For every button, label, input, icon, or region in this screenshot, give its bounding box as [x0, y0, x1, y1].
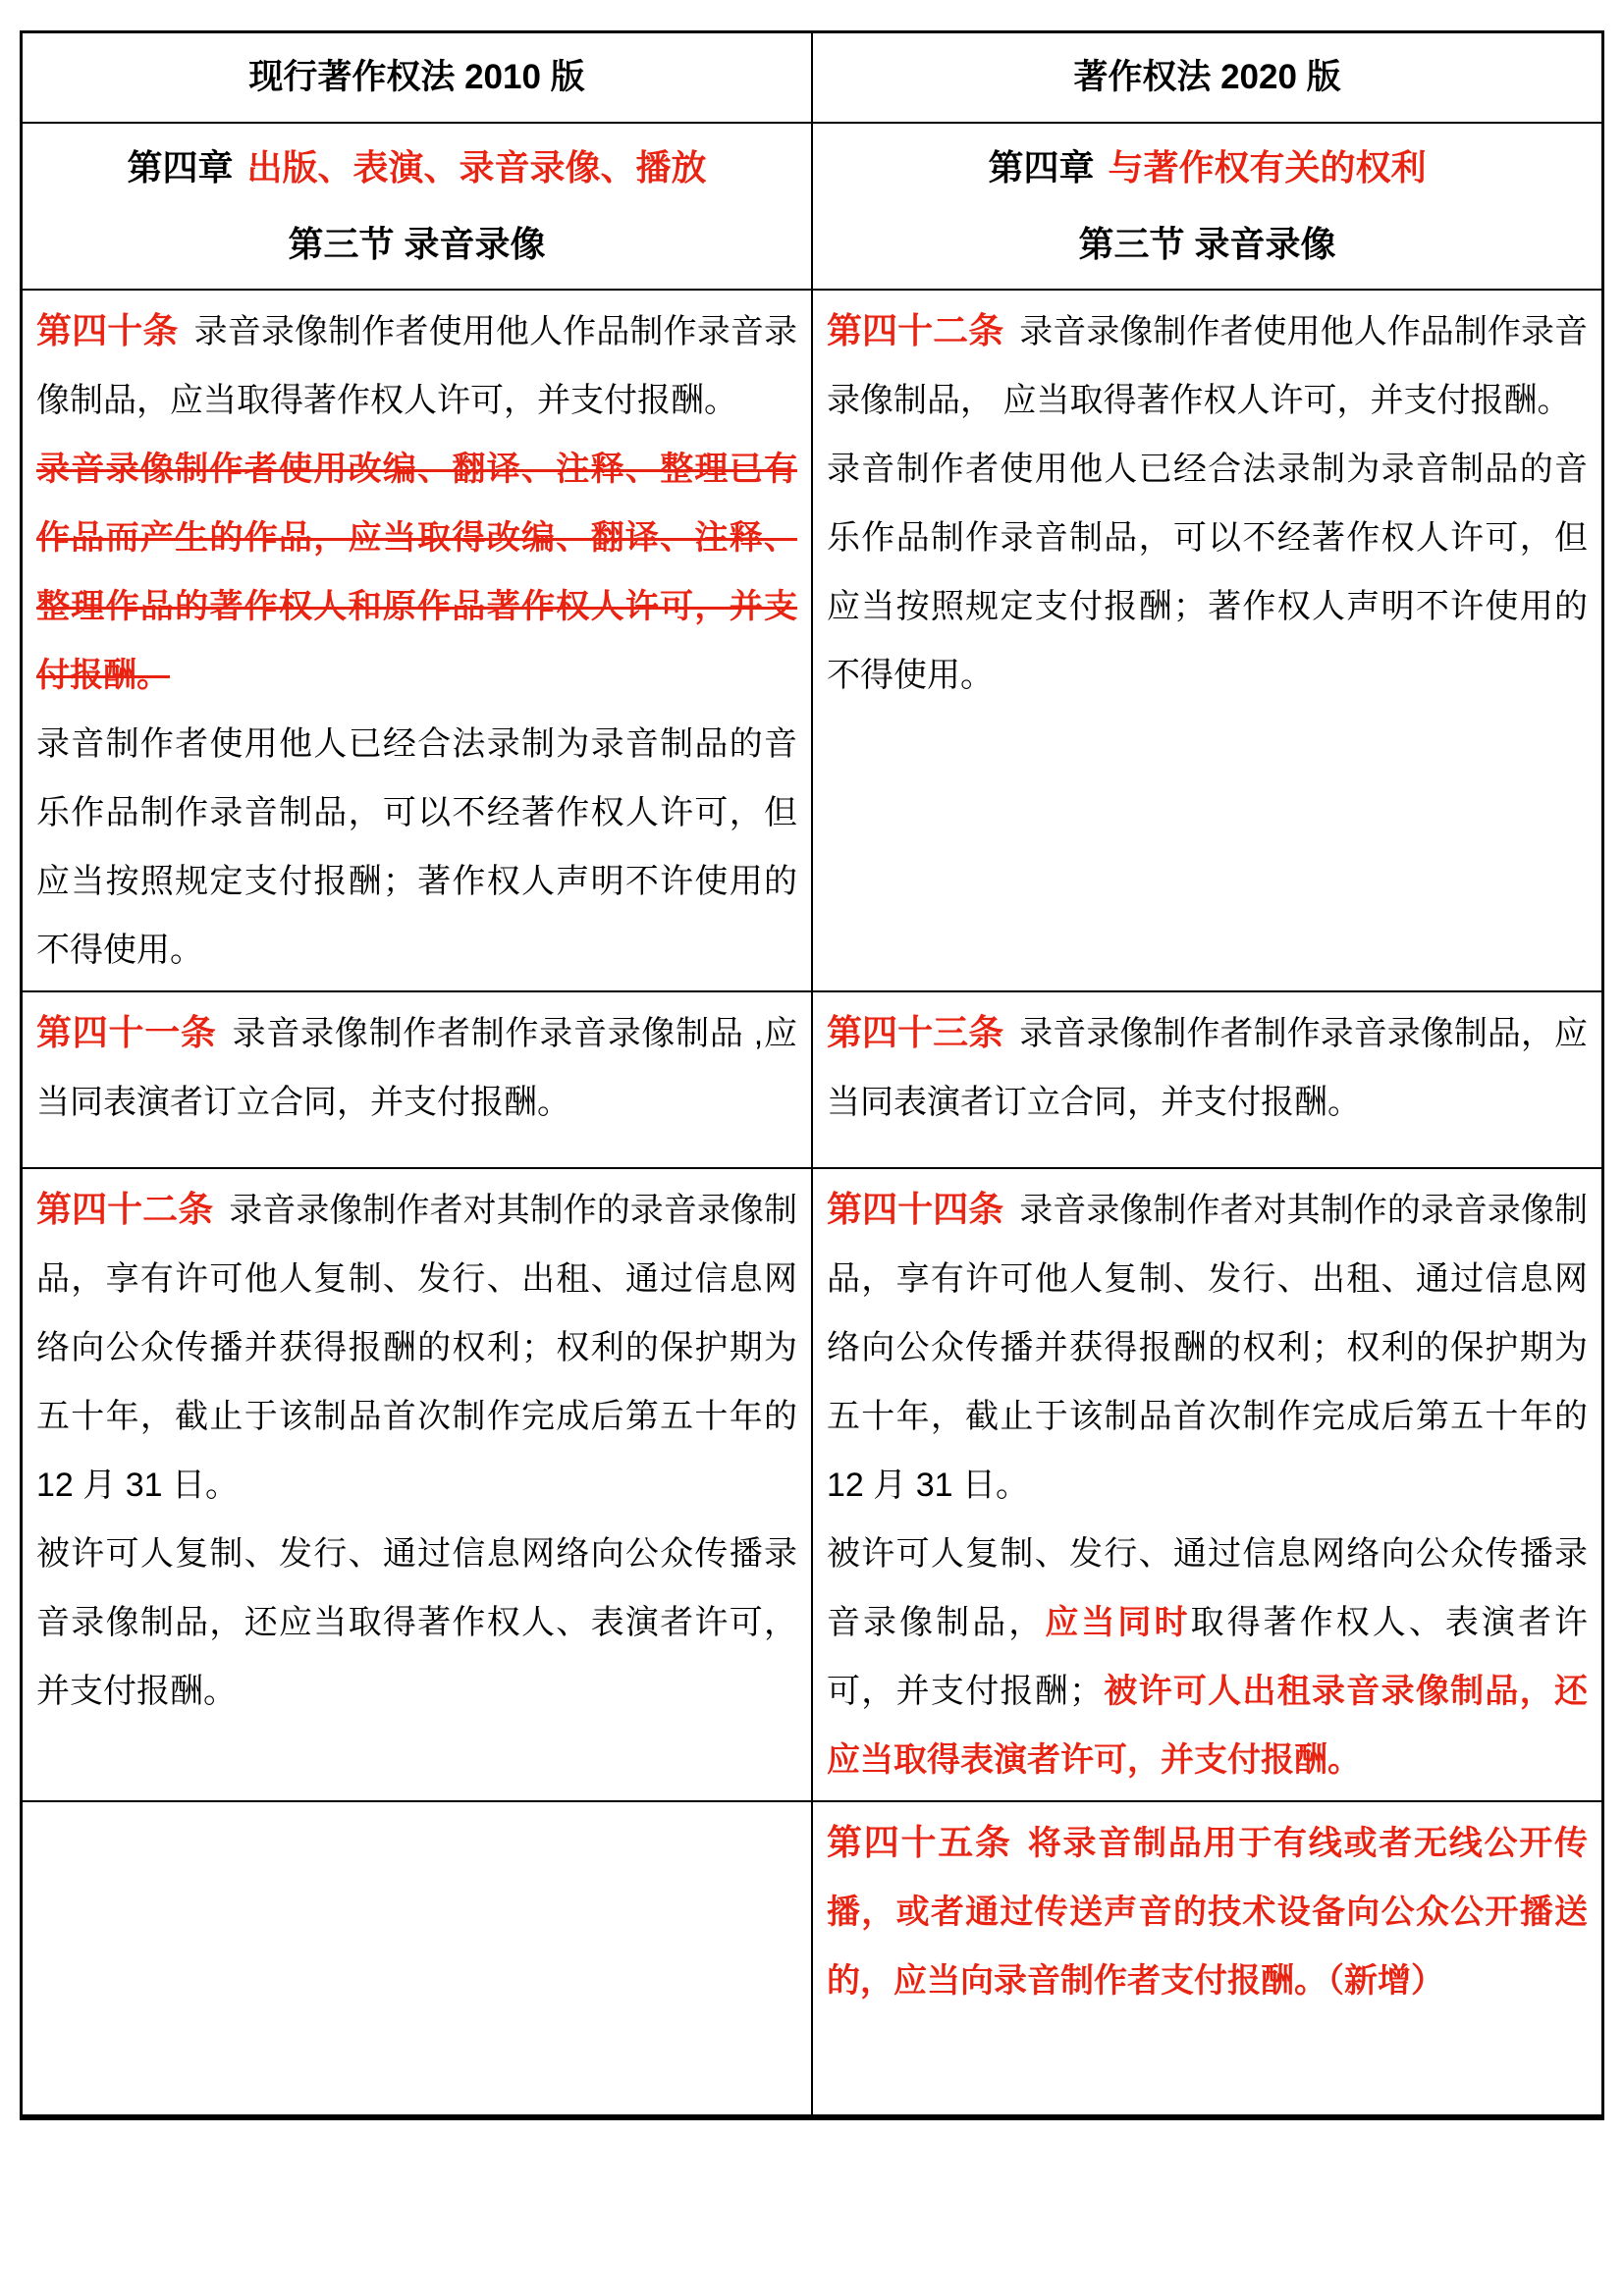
- paragraph: 录音制作者使用他人已经合法录制为录音制品的音乐作品制作录音制品，可以不经著作权人…: [827, 435, 1588, 710]
- article-text: 录音录像制作者对其制作的录音录像制品，享有许可他人复制、发行、出租、通过信息网络…: [827, 1192, 1588, 1504]
- section-heading: 第三节 录音录像: [827, 206, 1588, 283]
- chapter-heading: 第四章出版、表演、录音录像、播放: [36, 130, 797, 206]
- paragraph: 被许可人复制、发行、通过信息网络向公众传播录音录像制品，应当同时取得著作权人、表…: [827, 1520, 1588, 1794]
- law-comparison-table: 现行著作权法 2010 版 著作权法 2020 版 第四章出版、表演、录音录像、…: [20, 30, 1604, 2120]
- paragraph: 第四十五条将录音制品用于有线或者无线公开传播，或者通过传送声音的技术设备向公众公…: [827, 1808, 1588, 2015]
- document-page: 现行著作权法 2010 版 著作权法 2020 版 第四章出版、表演、录音录像、…: [0, 0, 1624, 2296]
- article-number: 第四十四条: [827, 1189, 1003, 1229]
- header-cell-2020: 著作权法 2020 版: [812, 32, 1603, 123]
- paragraph: 第四十四条录音录像制作者对其制作的录音录像制品，享有许可他人复制、发行、出租、通…: [827, 1175, 1588, 1520]
- article-row-producer-rights: 第四十二条录音录像制作者对其制作的录音录像制品，享有许可他人复制、发行、出租、通…: [22, 1168, 1603, 1801]
- paragraph: 第四十二条录音录像制作者使用他人作品制作录音录像制品， 应当取得著作权人许可，并…: [827, 296, 1588, 435]
- chapter-label: 第四章: [127, 147, 233, 187]
- paragraph: 录音制作者使用他人已经合法录制为录音制品的音乐作品制作录音制品，可以不经著作权人…: [36, 710, 797, 985]
- article-number: 第四十一条: [36, 1012, 217, 1052]
- paragraph: 第四十一条录音录像制作者制作录音录像制品 ,应当同表演者订立合同，并支付报酬。: [36, 998, 797, 1137]
- chapter-row: 第四章出版、表演、录音录像、播放 第三节 录音录像 第四章与著作权有关的权利 第…: [22, 123, 1603, 290]
- paragraph: 录音录像制作者使用改编、翻译、注释、整理已有作品而产生的作品，应当取得改编、翻译…: [36, 435, 797, 710]
- header-cell-2010: 现行著作权法 2010 版: [22, 32, 813, 123]
- paragraph: 第四十三条录音录像制作者制作录音录像制品，应当同表演者订立合同，并支付报酬。: [827, 998, 1588, 1137]
- article-42-old-cell: 第四十二条录音录像制作者对其制作的录音录像制品，享有许可他人复制、发行、出租、通…: [22, 1168, 813, 1801]
- article-row-public-broadcast: 第四十五条将录音制品用于有线或者无线公开传播，或者通过传送声音的技术设备向公众公…: [22, 1801, 1603, 2117]
- article-text: 录音录像制作者对其制作的录音录像制品，享有许可他人复制、发行、出租、通过信息网络…: [36, 1192, 797, 1504]
- article-number: 第四十二条: [827, 310, 1003, 350]
- paragraph: 第四十二条录音录像制作者对其制作的录音录像制品，享有许可他人复制、发行、出租、通…: [36, 1175, 797, 1520]
- paragraph: 第四十条录音录像制作者使用他人作品制作录音录像制品，应当取得著作权人许可，并支付…: [36, 296, 797, 435]
- empty-cell: [22, 1801, 813, 2117]
- article-row-recording-use: 第四十条录音录像制作者使用他人作品制作录音录像制品，应当取得著作权人许可，并支付…: [22, 290, 1603, 991]
- chapter-cell-2020: 第四章与著作权有关的权利 第三节 录音录像: [812, 123, 1603, 290]
- article-45-cell: 第四十五条将录音制品用于有线或者无线公开传播，或者通过传送声音的技术设备向公众公…: [812, 1801, 1603, 2117]
- chapter-title: 与著作权有关的权利: [1109, 147, 1427, 187]
- column-title-2020: 著作权法 2020 版: [1073, 58, 1340, 96]
- title-row: 现行著作权法 2010 版 著作权法 2020 版: [22, 32, 1603, 123]
- chapter-heading: 第四章与著作权有关的权利: [827, 130, 1588, 206]
- article-number: 第四十五条: [827, 1822, 1012, 1862]
- chapter-title: 出版、表演、录音录像、播放: [247, 147, 707, 187]
- added-text: 应当同时: [1045, 1604, 1190, 1641]
- column-title-2010: 现行著作权法 2010 版: [248, 58, 584, 96]
- article-number: 第四十条: [36, 310, 179, 350]
- article-row-performer-contract: 第四十一条录音录像制作者制作录音录像制品 ,应当同表演者订立合同，并支付报酬。 …: [22, 991, 1603, 1168]
- article-number: 第四十二条: [36, 1189, 213, 1229]
- article-number: 第四十三条: [827, 1012, 1003, 1052]
- article-40-cell: 第四十条录音录像制作者使用他人作品制作录音录像制品，应当取得著作权人许可，并支付…: [22, 290, 813, 991]
- deleted-text: 录音录像制作者使用改编、翻译、注释、整理已有作品而产生的作品，应当取得改编、翻译…: [36, 451, 797, 694]
- article-41-cell: 第四十一条录音录像制作者制作录音录像制品 ,应当同表演者订立合同，并支付报酬。: [22, 991, 813, 1168]
- paragraph: 被许可人复制、发行、通过信息网络向公众传播录音录像制品，还应当取得著作权人、表演…: [36, 1520, 797, 1726]
- section-heading: 第三节 录音录像: [36, 206, 797, 283]
- article-42-cell: 第四十二条录音录像制作者使用他人作品制作录音录像制品， 应当取得著作权人许可，并…: [812, 290, 1603, 991]
- article-44-cell: 第四十四条录音录像制作者对其制作的录音录像制品，享有许可他人复制、发行、出租、通…: [812, 1168, 1603, 1801]
- chapter-cell-2010: 第四章出版、表演、录音录像、播放 第三节 录音录像: [22, 123, 813, 290]
- article-43-cell: 第四十三条录音录像制作者制作录音录像制品，应当同表演者订立合同，并支付报酬。: [812, 991, 1603, 1168]
- chapter-label: 第四章: [988, 147, 1094, 187]
